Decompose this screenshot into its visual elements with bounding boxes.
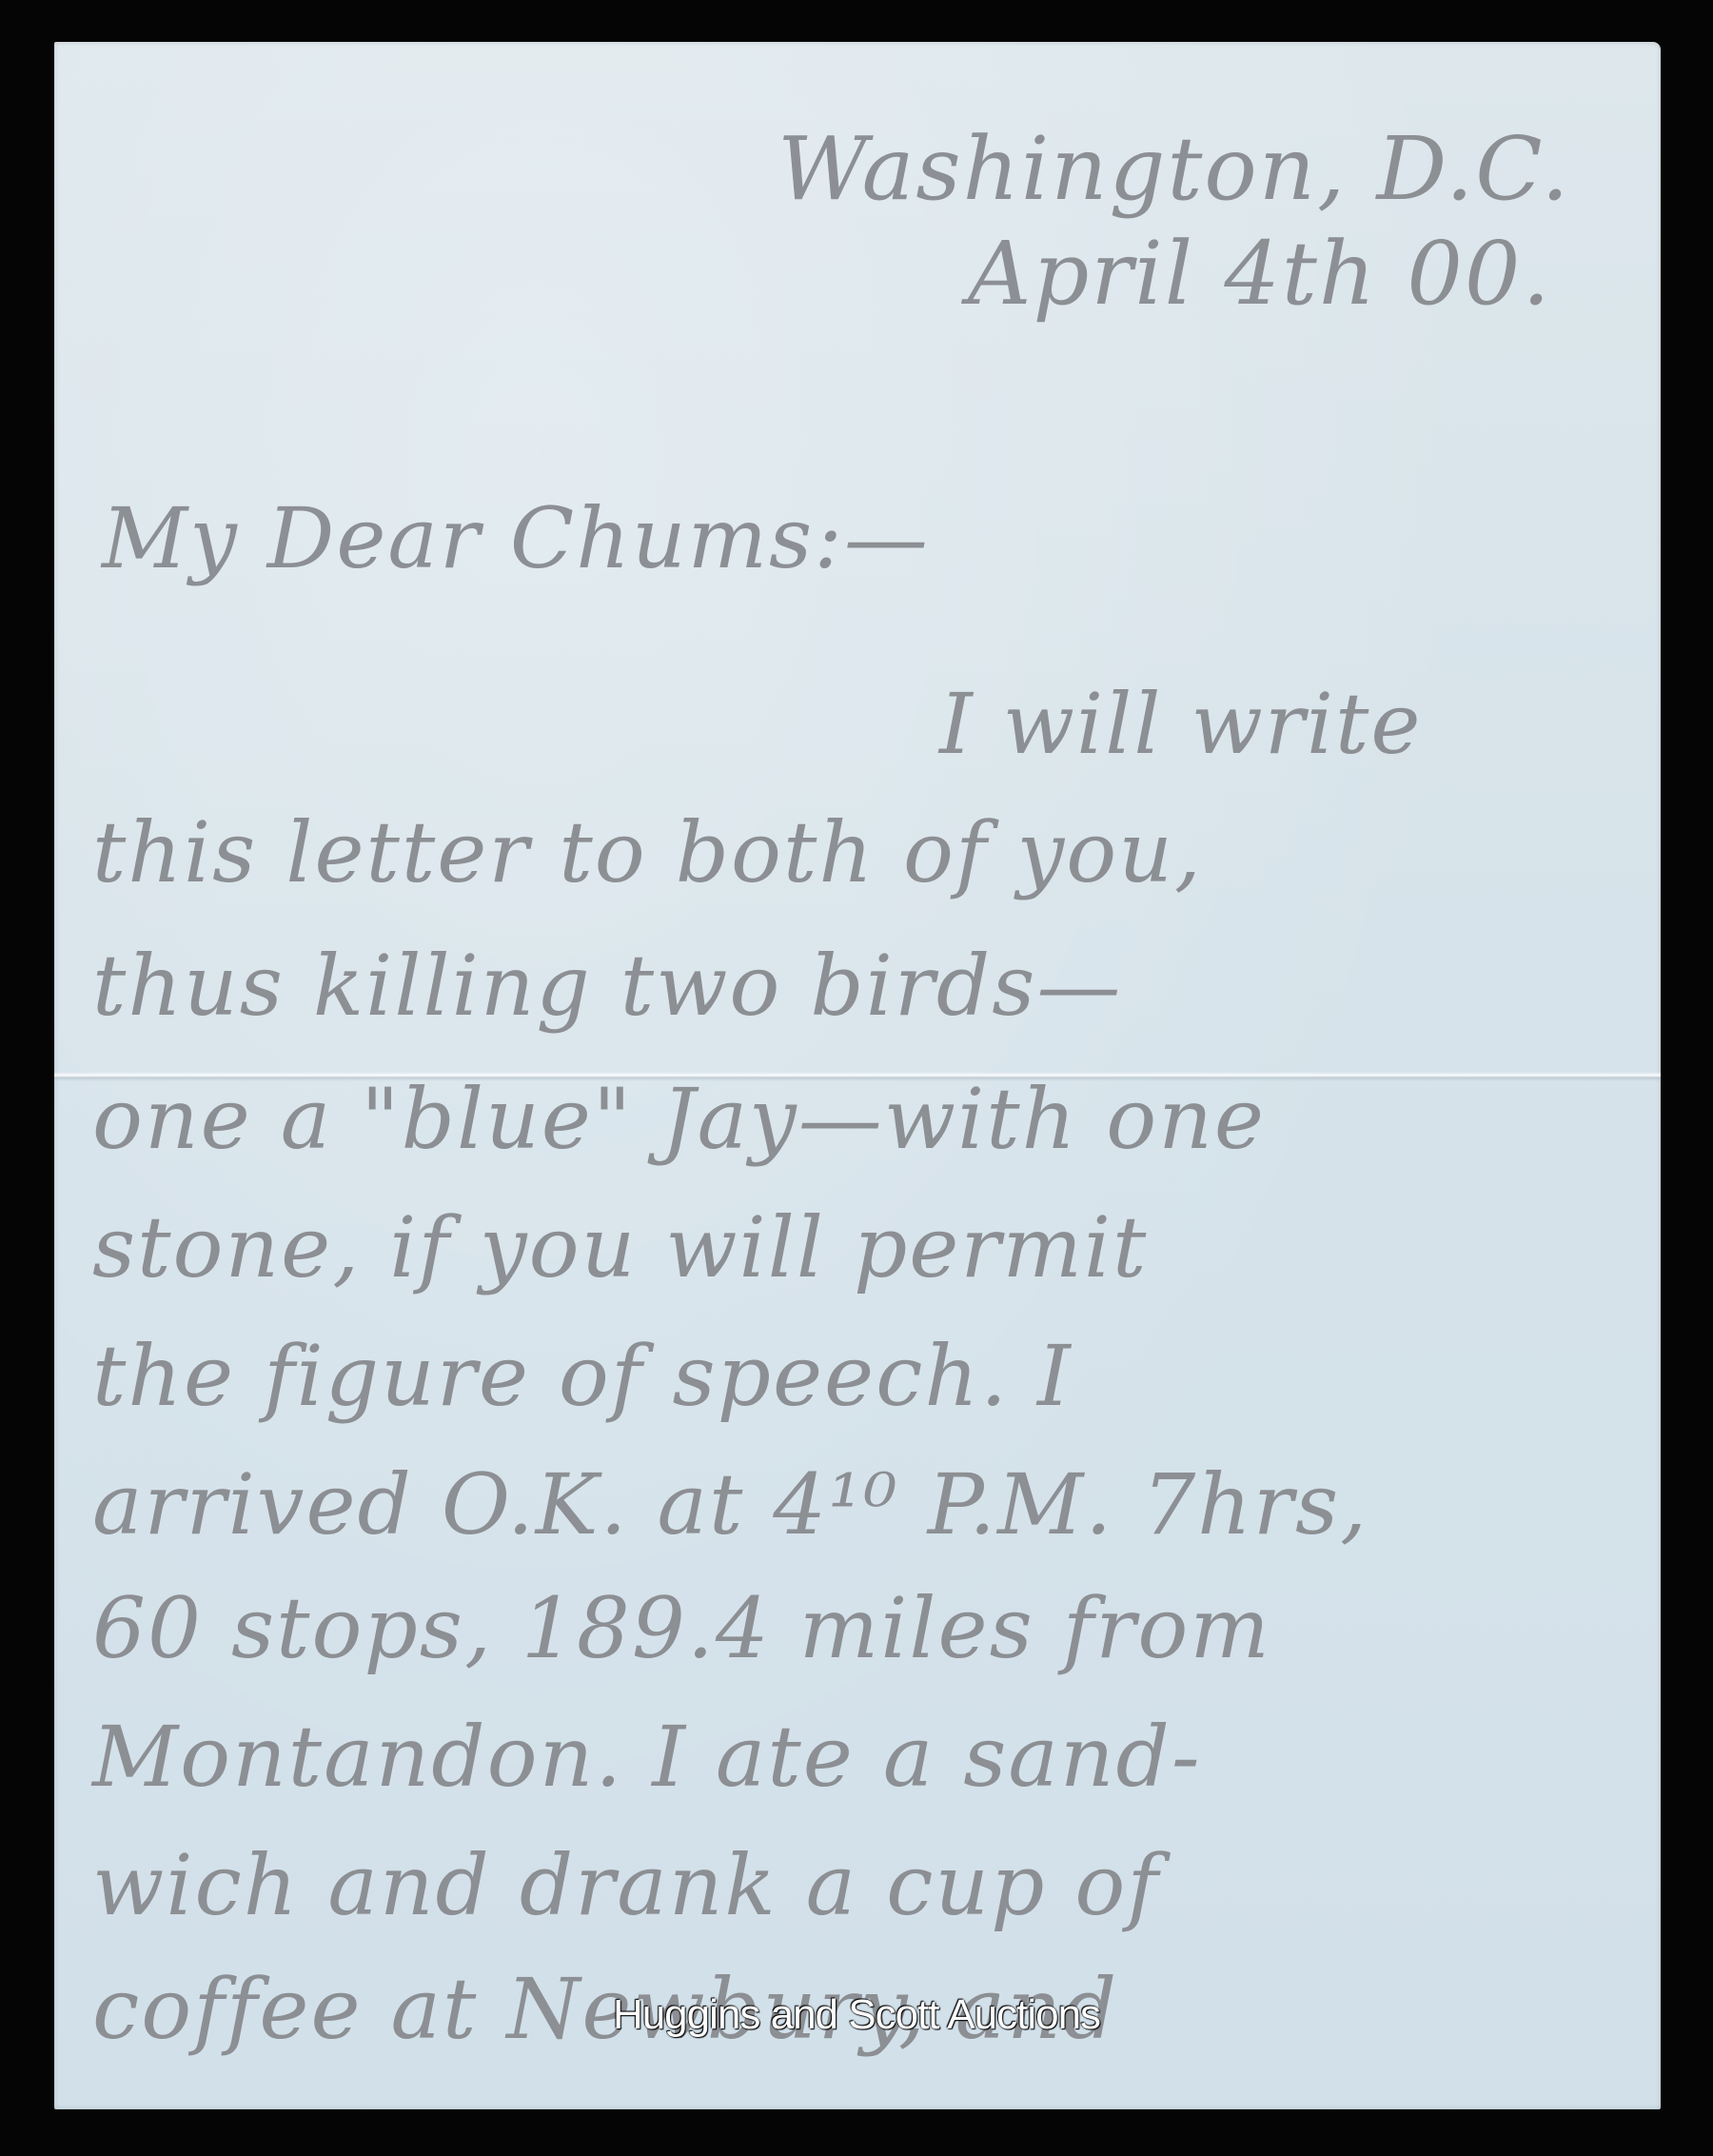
letter-line: the figure of speech. I [92,1327,1073,1425]
letter-line: wich and drank a cup of [92,1836,1160,1934]
auction-watermark: Huggins and Scott Auctions [0,1991,1713,2039]
letter-line: thus killing two birds— [92,937,1122,1035]
letter-line: Montandon. I ate a sand- [92,1708,1202,1806]
letter-line: this letter to both of you, [92,803,1203,901]
letter-date: April 4th 00. [968,223,1552,325]
letter-line: 60 stops, 189.4 miles from [92,1579,1271,1677]
letter-line: stone, if you will permit [92,1198,1148,1296]
letter-salutation: My Dear Chums:— [102,489,930,587]
letter-line: arrived O.K. at 4¹⁰ P.M. 7hrs, [92,1455,1368,1553]
letter-place: Washington, D.C. [778,118,1571,220]
letter-paper: Washington, D.C. April 4th 00. My Dear C… [54,42,1661,2109]
letter-line: one a "blue" Jay—with one [92,1070,1266,1168]
letter-line: I will write [939,675,1422,773]
